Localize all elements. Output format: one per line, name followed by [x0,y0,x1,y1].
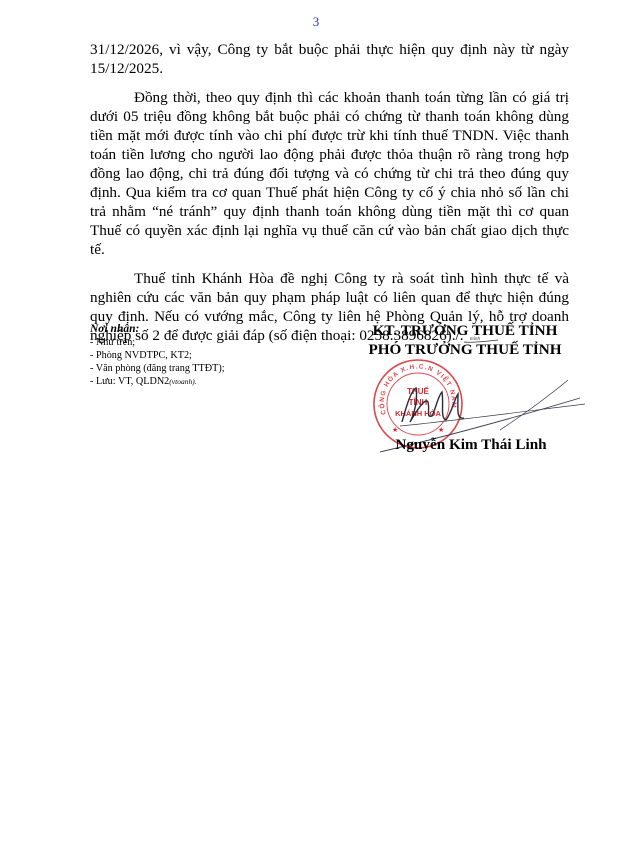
paragraph-continuation: 31/12/2026, vì vậy, Công ty bắt buộc phả… [90,40,569,78]
recipients-block: Nơi nhận: - Như trên; - Phòng NVDTPC, KT… [90,323,225,388]
signature-title-line2: PHÓ TRƯỞNG THUẾ TỈNH [345,340,585,359]
recipient-archive-note: (vtoanh). [169,377,196,386]
recipient-item: - Như trên; [90,336,225,349]
letter-body: 31/12/2026, vì vậy, Công ty bắt buộc phả… [90,40,569,345]
recipient-item: - Lưu: VT, QLDN2(vtoanh). [90,375,225,388]
page-number: 3 [0,14,632,30]
recipients-title: Nơi nhận: [90,323,225,336]
signer-name: Nguyễn Kim Thái Linh [345,435,585,454]
recipient-item: - Văn phòng (đăng trang TTĐT); [90,362,225,375]
paragraph-cash-payment-rules: Đồng thời, theo quy định thì các khoản t… [90,88,569,259]
recipient-archive: - Lưu: VT, QLDN2 [90,376,169,387]
recipient-item: - Phòng NVDTPC, KT2; [90,349,225,362]
signature-title-block: KT. TRƯỞNG THUẾ TỈNH PHÓ TRƯỞNG THUẾ TỈN… [345,321,585,359]
signature-title-line1: KT. TRƯỞNG THUẾ TỈNH [345,321,585,340]
